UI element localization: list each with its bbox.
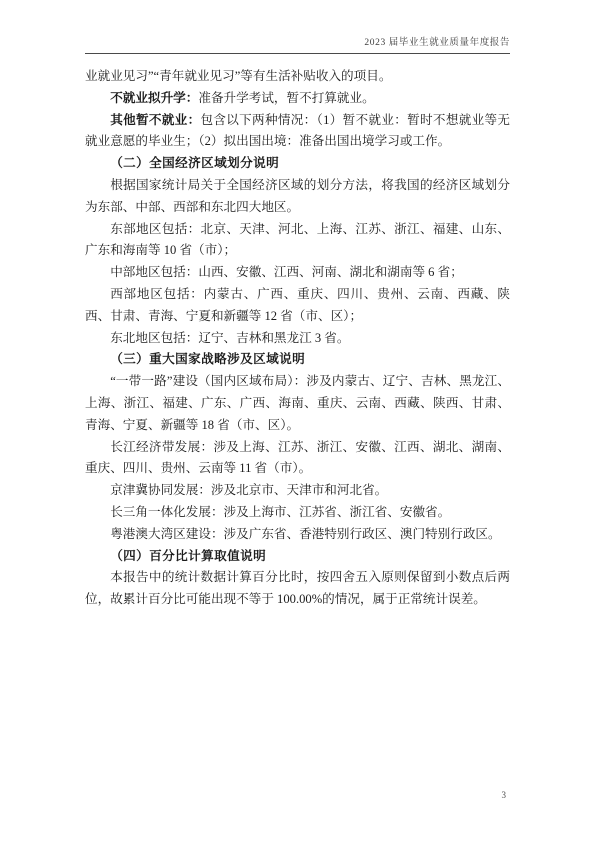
- paragraph: 其他暂不就业：包含以下两种情况：（1）暂不就业：暂时不想就业等无就业意愿的毕业生…: [85, 110, 510, 154]
- paragraph: 本报告中的统计数据计算百分比时，按四舍五入原则保留到小数点后两位，故累计百分比可…: [85, 567, 510, 611]
- page-header: 2023 届毕业生就业质量年度报告: [85, 37, 510, 54]
- body-text: 本报告中的统计数据计算百分比时，按四舍五入原则保留到小数点后两位，故累计百分比可…: [85, 570, 510, 606]
- paragraph: 长三角一体化发展：涉及上海市、江苏省、浙江省、安徽省。: [85, 502, 510, 524]
- body-text: 准备升学考试，暂不打算就业。: [198, 91, 374, 105]
- body-text: 西部地区包括：内蒙古、广西、重庆、四川、贵州、云南、西藏、陕西、甘肃、青海、宁夏…: [85, 287, 510, 323]
- page-number: 3: [502, 790, 511, 800]
- section-heading: （三）重大国家战略涉及区域说明: [85, 349, 510, 371]
- paragraph: 中部地区包括：山西、安徽、江西、河南、湖北和湖南等 6 省；: [85, 262, 510, 284]
- page-footer: 3: [85, 785, 510, 803]
- paragraph: 西部地区包括：内蒙古、广西、重庆、四川、贵州、云南、西藏、陕西、甘肃、青海、宁夏…: [85, 284, 510, 328]
- paragraph: 不就业拟升学：准备升学考试，暂不打算就业。: [85, 88, 510, 110]
- bold-lead-text: 不就业拟升学：: [110, 91, 198, 105]
- bold-lead-text: （四）百分比计算取值说明: [110, 549, 266, 563]
- body-text: 业就业见习”“青年就业见习”等有生活补贴收入的项目。: [85, 69, 391, 83]
- body-text: 长三角一体化发展：涉及上海市、江苏省、浙江省、安徽省。: [110, 505, 450, 519]
- paragraph: 长江经济带发展：涉及上海、江苏、浙江、安徽、江西、湖北、湖南、重庆、四川、贵州、…: [85, 437, 510, 481]
- paragraph: 业就业见习”“青年就业见习”等有生活补贴收入的项目。: [85, 66, 510, 88]
- body-text: 根据国家统计局关于全国经济区域的划分方法，将我国的经济区域划分为东部、中部、西部…: [85, 178, 510, 214]
- paragraph: 东北地区包括：辽宁、吉林和黑龙江 3 省。: [85, 328, 510, 350]
- paragraph: 粤港澳大湾区建设：涉及广东省、香港特别行政区、澳门特别行政区。: [85, 524, 510, 546]
- bold-lead-text: （二）全国经济区域划分说明: [110, 156, 279, 170]
- body-text: 京津冀协同发展：涉及北京市、天津市和河北省。: [110, 483, 387, 497]
- paragraph: 根据国家统计局关于全国经济区域的划分方法，将我国的经济区域划分为东部、中部、西部…: [85, 175, 510, 219]
- header-rule: [85, 53, 510, 54]
- body-text: “一带一路”建设（国内区域布局）：涉及内蒙古、辽宁、吉林、黑龙江、上海、浙江、福…: [85, 374, 510, 432]
- section-heading: （四）百分比计算取值说明: [85, 546, 510, 568]
- body-text: 粤港澳大湾区建设：涉及广东省、香港特别行政区、澳门特别行政区。: [110, 527, 500, 541]
- body-text: 东部地区包括：北京、天津、河北、上海、江苏、浙江、福建、山东、广东和海南等 10…: [85, 222, 510, 258]
- section-heading: （二）全国经济区域划分说明: [85, 153, 510, 175]
- paragraph: “一带一路”建设（国内区域布局）：涉及内蒙古、辽宁、吉林、黑龙江、上海、浙江、福…: [85, 371, 510, 436]
- bold-lead-text: 其他暂不就业：: [110, 113, 200, 127]
- body-text: 中部地区包括：山西、安徽、江西、河南、湖北和湖南等 6 省；: [110, 265, 463, 279]
- paragraph: 京津冀协同发展：涉及北京市、天津市和河北省。: [85, 480, 510, 502]
- bold-lead-text: （三）重大国家战略涉及区域说明: [110, 352, 305, 366]
- document-page: 2023 届毕业生就业质量年度报告 业就业见习”“青年就业见习”等有生活补贴收入…: [0, 0, 595, 842]
- page-body: 业就业见习”“青年就业见习”等有生活补贴收入的项目。不就业拟升学：准备升学考试，…: [85, 66, 510, 611]
- body-text: 东北地区包括：辽宁、吉林和黑龙江 3 省。: [110, 331, 349, 345]
- paragraph: 东部地区包括：北京、天津、河北、上海、江苏、浙江、福建、山东、广东和海南等 10…: [85, 219, 510, 263]
- body-text: 长江经济带发展：涉及上海、江苏、浙江、安徽、江西、湖北、湖南、重庆、四川、贵州、…: [85, 440, 510, 476]
- running-header-title: 2023 届毕业生就业质量年度报告: [85, 37, 510, 49]
